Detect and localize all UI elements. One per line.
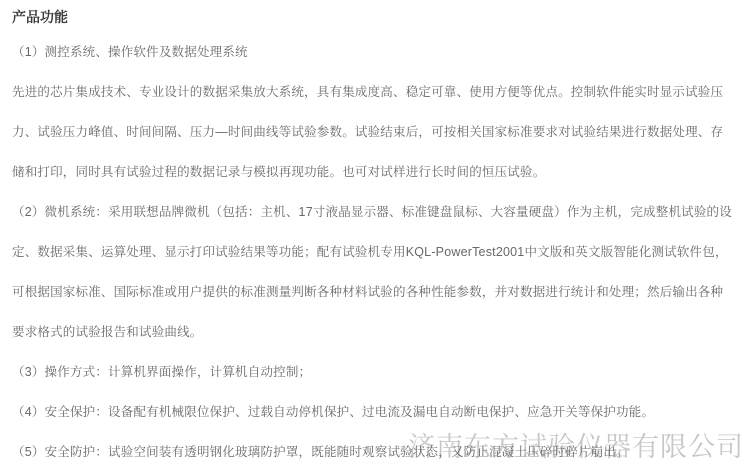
section-1-heading: （1）测控系统、操作软件及数据处理系统 xyxy=(12,32,734,72)
product-features-page: 济南东方试验仪器有限公司 产品功能 （1）测控系统、操作软件及数据处理系统 先进… xyxy=(0,0,746,474)
section-5-body: （5）安全防护：试验空间装有透明钢化玻璃防护罩，既能随时观察试验状态，又防止混凝… xyxy=(12,432,734,472)
section-4-body: （4）安全保护：设备配有机械限位保护、过载自动停机保护、过电流及漏电自动断电保护… xyxy=(12,392,734,432)
section-3-body: （3）操作方式：计算机界面操作，计算机自动控制； xyxy=(12,352,734,392)
document-content: 产品功能 （1）测控系统、操作软件及数据处理系统 先进的芯片集成技术、专业设计的… xyxy=(0,0,746,472)
section-2-body: （2）微机系统：采用联想品牌微机（包括：主机、17寸液晶显示器、标准键盘鼠标、大… xyxy=(12,192,734,352)
section-1-body: 先进的芯片集成技术、专业设计的数据采集放大系统，具有集成度高、稳定可靠、使用方便… xyxy=(12,72,734,192)
page-title: 产品功能 xyxy=(12,2,734,32)
